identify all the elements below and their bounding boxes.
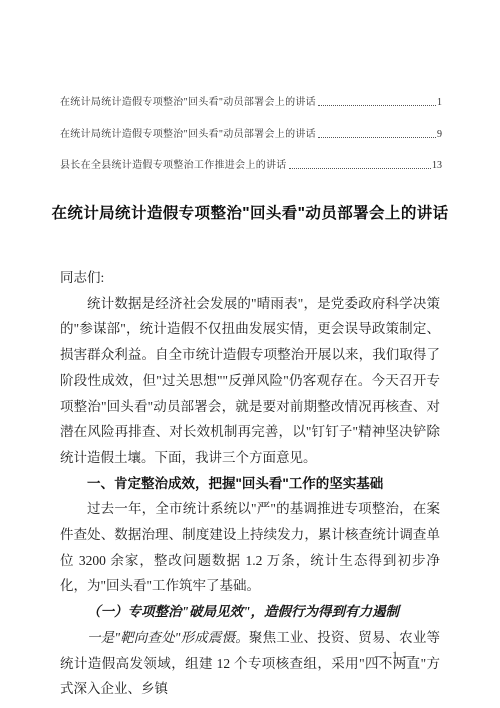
document-title: 在统计局统计造假专项整治"回头看"动员部署会上的讲话 [40, 201, 460, 223]
document-page: 在统计局统计造假专项整治"回头看"动员部署会上的讲话 1 在统计局统计造假专项整… [0, 0, 500, 708]
toc-page-number: 9 [437, 129, 442, 140]
toc-page-number: 1 [437, 97, 442, 108]
toc-dotted-leader [318, 137, 436, 138]
page-number: — 1 — [375, 648, 416, 663]
toc-entry: 在统计局统计造假专项整治"回头看"动员部署会上的讲话 9 [60, 129, 442, 140]
toc-entry: 县长在全县统计造假专项整治工作推进会上的讲话 13 [60, 160, 442, 171]
section-1-body: 过去一年，全市统计系统以"严"的基调推进专项整治，在案件查处、数据治理、制度建设… [60, 496, 440, 599]
toc-dotted-leader [289, 168, 431, 169]
toc-entry: 在统计局统计造假专项整治"回头看"动员部署会上的讲话 1 [60, 97, 442, 108]
document-body: 同志们: 统计数据是经济社会发展的"晴雨表"，是党委政府科学决策的"参谋部"，统… [60, 265, 440, 702]
subsection-1-heading: （一）专项整治"破局见效"，造假行为得到有力遏制 [60, 599, 440, 625]
table-of-contents: 在统计局统计造假专项整治"回头看"动员部署会上的讲话 1 在统计局统计造假专项整… [60, 97, 442, 192]
salutation: 同志们: [60, 265, 440, 291]
toc-dotted-leader [318, 105, 436, 106]
subsection-1-body: 一是"靶向查处"形成震慑。聚焦工业、投资、贸易、农业等统计造假高发领域，组建 1… [60, 625, 440, 702]
toc-entry-title: 在统计局统计造假专项整治"回头看"动员部署会上的讲话 [60, 97, 316, 108]
paragraph-intro: 统计数据是经济社会发展的"晴雨表"，是党委政府科学决策的"参谋部"，统计造假不仅… [60, 291, 440, 471]
toc-page-number: 13 [432, 160, 442, 171]
toc-entry-title: 县长在全县统计造假专项整治工作推进会上的讲话 [60, 160, 287, 171]
subsection-1-lead: 一是"靶向查处"形成震慑。 [87, 630, 249, 645]
toc-entry-title: 在统计局统计造假专项整治"回头看"动员部署会上的讲话 [60, 129, 316, 140]
section-1-heading: 一、肯定整治成效，把握"回头看"工作的坚实基础 [60, 471, 440, 497]
